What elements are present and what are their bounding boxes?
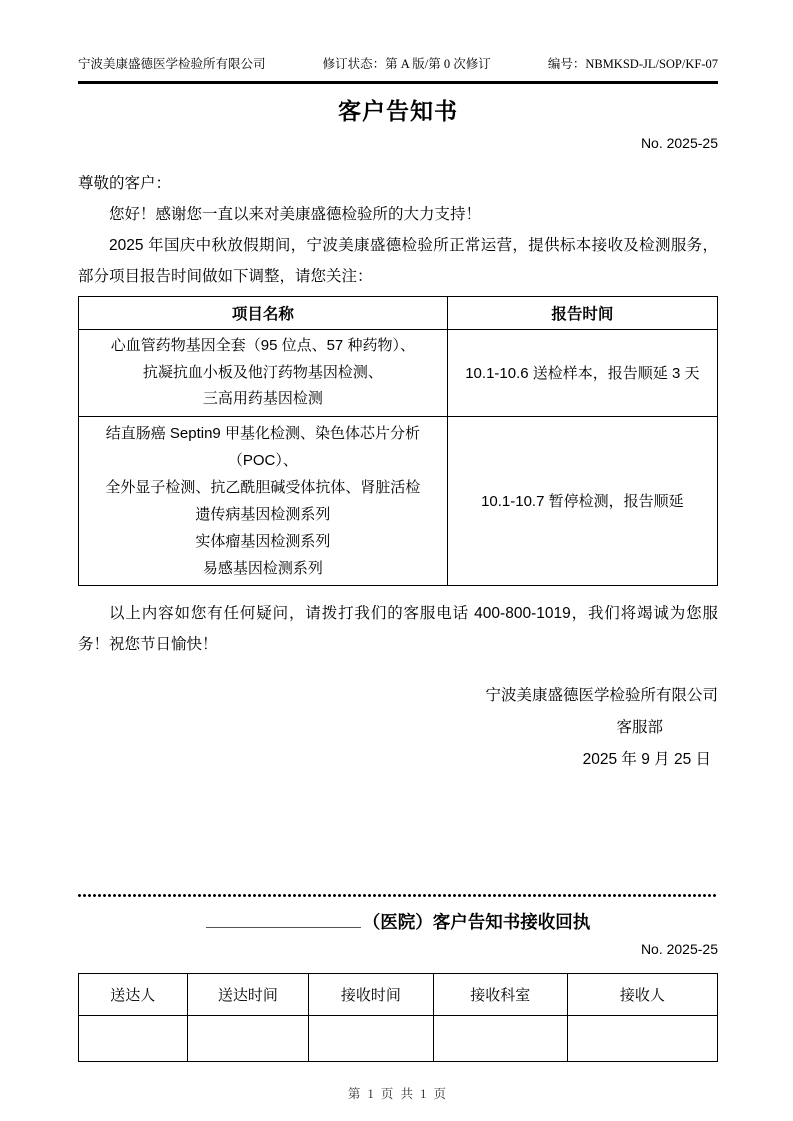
project-line: 全外显子检测、抗乙酰胆碱受体抗体、肾脏活检 (85, 474, 441, 501)
closing-paragraph: 以上内容如您有任何疑问，请拨打我们的客服电话 400-800-1019，我们将竭… (78, 598, 718, 660)
letter-body: 尊敬的客户： 您好！感谢您一直以来对美康盛德检验所的大力支持！ 2025 年国庆… (78, 168, 718, 292)
signature-date: 2025 年 9 月 25 日 (78, 744, 718, 776)
announcement-paragraph: 2025 年国庆中秋放假期间，宁波美康盛德检验所正常运营，提供标本接收及检测服务… (78, 230, 718, 292)
project-line: 遗传病基因检测系列 (85, 501, 441, 528)
column-header-receive-dept: 接收科室 (433, 973, 567, 1015)
closing-block: 以上内容如您有任何疑问，请拨打我们的客服电话 400-800-1019，我们将竭… (78, 598, 718, 660)
blank-cell-receive-time (309, 1015, 434, 1061)
page-footer: 第 1 页 共 1 页 (78, 1084, 718, 1102)
column-header-receiver: 接收人 (567, 973, 717, 1015)
blank-cell-receiver (567, 1015, 717, 1061)
receipt-blank-row (79, 1015, 718, 1061)
project-line: 实体瘤基因检测系列 (85, 528, 441, 555)
project-line: 心血管药物基因全套（95 位点、57 种药物）、 (85, 333, 441, 360)
receipt-header-row: 送达人 送达时间 接收时间 接收科室 接收人 (79, 973, 718, 1015)
signature-department: 客服部 (78, 712, 718, 744)
receipt-title-text: （医院）客户告知书接收回执 (363, 912, 591, 932)
project-line: 抗凝抗血小板及他汀药物基因检测、 (85, 360, 441, 387)
document-page: 宁波美康盛德医学检验所有限公司 修订状态：第 A 版/第 0 次修订 编号：NB… (0, 0, 793, 1121)
project-names-cell: 心血管药物基因全套（95 位点、57 种药物）、 抗凝抗血小板及他汀药物基因检测… (79, 330, 448, 417)
salutation: 尊敬的客户： (78, 168, 718, 199)
column-header-report-time: 报告时间 (447, 297, 717, 330)
project-names-cell: 结直肠癌 Septin9 甲基化检测、染色体芯片分析（POC）、 全外显子检测、… (79, 416, 448, 585)
receipt-notice-number: No. 2025-25 (78, 939, 718, 959)
column-header-receive-time: 接收时间 (309, 973, 434, 1015)
blank-cell-deliverer (79, 1015, 188, 1061)
dotted-separator (78, 894, 718, 897)
table-row: 心血管药物基因全套（95 位点、57 种药物）、 抗凝抗血小板及他汀药物基因检测… (79, 330, 718, 417)
receipt-title: （医院）客户告知书接收回执 (78, 909, 718, 935)
column-header-deliverer: 送达人 (79, 973, 188, 1015)
project-line: 易感基因检测系列 (85, 555, 441, 582)
schedule-table: 项目名称 报告时间 心血管药物基因全套（95 位点、57 种药物）、 抗凝抗血小… (78, 296, 718, 586)
notice-number: No. 2025-25 (78, 133, 718, 153)
signature-company: 宁波美康盛德医学检验所有限公司 (78, 680, 718, 712)
header-revision-status: 修订状态：第 A 版/第 0 次修订 (323, 55, 491, 73)
greeting-paragraph: 您好！感谢您一直以来对美康盛德检验所的大力支持！ (78, 199, 718, 230)
column-header-delivery-time: 送达时间 (187, 973, 308, 1015)
blank-cell-receive-dept (433, 1015, 567, 1061)
header-company-name: 宁波美康盛德医学检验所有限公司 (78, 55, 266, 73)
column-header-project: 项目名称 (79, 297, 448, 330)
signature-block: 宁波美康盛德医学检验所有限公司 客服部 2025 年 9 月 25 日 (78, 680, 718, 776)
document-header: 宁波美康盛德医学检验所有限公司 修订状态：第 A 版/第 0 次修订 编号：NB… (78, 55, 718, 73)
document-title: 客户告知书 (78, 95, 718, 127)
header-doc-number: 编号：NBMKSD-JL/SOP/KF-07 (548, 55, 718, 73)
report-time-cell: 10.1-10.6 送检样本，报告顺延 3 天 (447, 330, 717, 417)
header-rule (78, 81, 718, 84)
blank-cell-delivery-time (187, 1015, 308, 1061)
schedule-table-header-row: 项目名称 报告时间 (79, 297, 718, 330)
receipt-table: 送达人 送达时间 接收时间 接收科室 接收人 (78, 973, 718, 1062)
report-time-cell: 10.1-10.7 暂停检测，报告顺延 (447, 416, 717, 585)
hospital-name-blank (206, 910, 361, 928)
table-row: 结直肠癌 Septin9 甲基化检测、染色体芯片分析（POC）、 全外显子检测、… (79, 416, 718, 585)
project-line: 三高用药基因检测 (85, 386, 441, 413)
project-line: 结直肠癌 Septin9 甲基化检测、染色体芯片分析（POC）、 (85, 420, 441, 474)
